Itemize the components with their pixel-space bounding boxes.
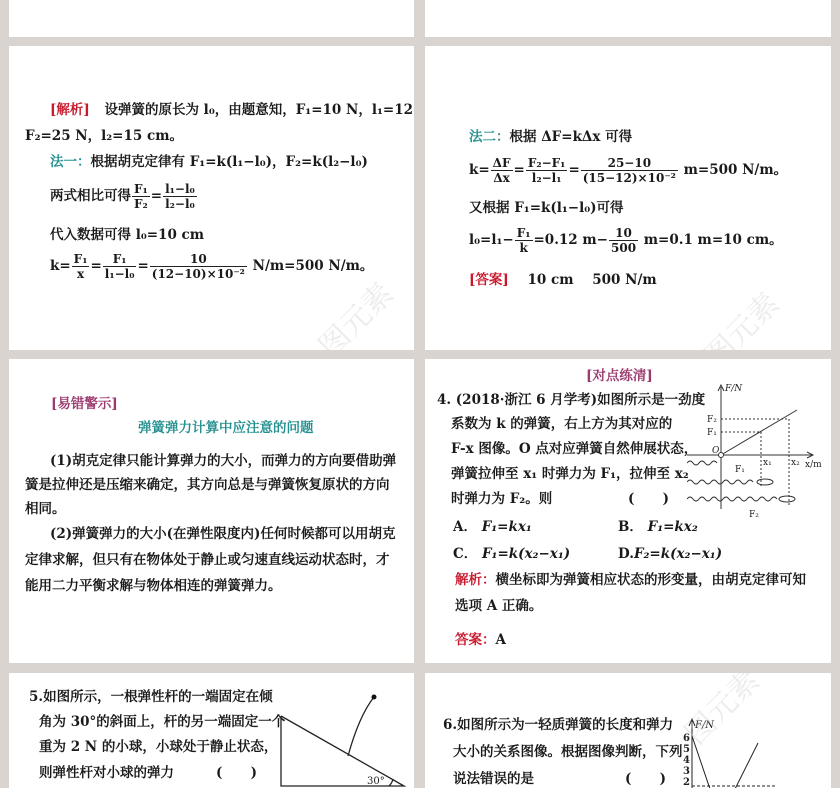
analysis-label: 解析： [455,572,496,588]
q4-line: 弹簧拉伸至 x₁ 时弹力为 F₁，拉伸至 x₂ [451,465,689,483]
svg-text:2: 2 [683,777,690,788]
svg-text:x₁: x₁ [763,458,772,468]
answer-value: A [496,632,506,648]
svg-text:F₁: F₁ [735,465,745,475]
q4-line: 时弹力为 F₂。则 [451,490,552,508]
warning-p2-line: (2)弹簧弹力的大小(在弹性限度内)任何时候都可以用胡克 [50,525,395,543]
q6-line: 6.如图所示为一轻质弹簧的长度和弹力 [443,716,673,734]
spring-fx-graph: F/N F₂ F₁ O x₁ x₂ x/m F₁ F₂ [687,379,827,519]
svg-text:x/m: x/m [805,460,822,470]
option-a[interactable]: A． F₁=kx₁ [453,518,532,536]
slide-analysis-method2[interactable]: 法二：根据 ΔF=kΔx 可得 k=ΔFΔx=F₂−F₁l₂−l₁=25−10(… [425,46,831,350]
l0-equation: l₀=l₁−F₁k=0.12 m−10500 m=0.1 m=10 cm。 [469,224,783,256]
warning-p1-line: (1)胡克定律只能计算弹力的大小，而弹力的方向要借助弹 [50,452,396,470]
q5-line: 重为 2 N 的小球，小球处于静止状态， [39,738,277,756]
practice-tag: [对点练清] [586,367,653,385]
q6-line: 说法错误的是 [453,770,534,788]
q5-line: 则弹性杆对小球的弹力 [39,764,174,782]
analysis-tag: [解析] [50,102,90,118]
answer-tag: [答案] [469,272,509,288]
svg-text:x₂: x₂ [791,458,800,468]
slide-top-right [425,0,831,37]
slide-top-left [9,0,414,37]
k-equation: k=F₁x=F₁l₁−l₀=10(12−10)×10⁻² N/m=500 N/m… [50,250,373,282]
warning-p2-line: 定律求解，但只有在物体处于静止或匀速直线运动状态时，才 [25,551,390,569]
option-b[interactable]: B． F₁=kx₂ [618,518,698,536]
method1-text: 根据胡克定律有 F₁=k(l₁−l₀)，F₂=k(l₂−l₀) [91,154,368,170]
svg-text:3: 3 [683,766,690,777]
ratio-equation: 两式相比可得F₁F₂=l₁−l₀l₂−l₀ [50,181,198,211]
warning-p2-line: 能用二力平衡求解与物体相连的弹簧弹力。 [25,577,282,595]
svg-text:F₂: F₂ [707,415,717,425]
given-line-1: 设弹簧的原长为 l₀，由题意知，F₁=10 N，l₁=12 cm； [104,102,414,118]
q5-line: 5.如图所示，一根弹性杆的一端固定在倾 [29,688,273,706]
incline-rod-figure: 30° [279,688,414,788]
answer-blank: ( ) [628,490,669,508]
svg-text:4: 4 [683,755,690,766]
svg-text:F₂: F₂ [749,510,759,519]
slide-question-6[interactable]: 6.如图所示为一轻质弹簧的长度和弹力 大小的关系图像。根据图像判断，下列 说法错… [425,673,831,788]
q6-line: 大小的关系图像。根据图像判断，下列 [453,743,683,761]
answer-blank: ( ) [216,764,257,782]
option-c[interactable]: C． F₁=k(x₂−x₁) [453,545,570,563]
svg-text:F/N: F/N [694,720,715,731]
option-d[interactable]: D.F₂=k(x₂−x₁) [618,545,722,563]
warning-p1-line: 簧是拉伸还是压缩来确定，其方向总是与弹簧恢复原状的方向 [25,476,390,494]
method2-text: 根据 ΔF=kΔx 可得 [510,129,633,145]
answer-blank: ( ) [625,770,666,788]
watermark: 图元素 [693,281,788,350]
warning-p1-line: 相同。 [25,500,66,518]
q4-line: F-x 图像。O 点对应弹簧自然伸展状态， [451,440,697,458]
q5-line: 角为 30°的斜面上，杆的另一端固定一个 [39,713,285,731]
answer-text: 10 cm 500 N/m [527,272,656,288]
watermark: 图元素 [307,271,402,350]
q4-line: 系数为 k 的弹簧，右上方为其对应的 [451,415,672,433]
svg-text:O: O [712,446,720,456]
spring-length-force-graph: F/N 6 5 4 3 2 [680,717,780,788]
analysis-text: 横坐标即为弹簧相应状态的形变量，由胡克定律可知 [496,572,807,588]
again-line: 又根据 F₁=k(l₁−l₀)可得 [469,199,624,217]
slide-question-4[interactable]: [对点练清] 4. (2018·浙江 6 月学考)如图所示是一劲度 系数为 k … [425,359,831,663]
k-equation-2: k=ΔFΔx=F₂−F₁l₂−l₁=25−10(15−12)×10⁻² m=50… [469,154,787,186]
svg-text:6: 6 [683,733,690,744]
svg-text:F/N: F/N [724,384,743,394]
given-line-2: F₂=25 N，l₂=15 cm。 [25,127,183,145]
warning-title: 弹簧弹力计算中应注意的问题 [138,419,314,437]
q4-line: 4. (2018·浙江 6 月学考)如图所示是一劲度 [437,391,705,409]
svg-text:5: 5 [683,744,690,755]
substitute-line: 代入数据可得 l₀=10 cm [50,226,204,244]
slide-warning[interactable]: [易错警示] 弹簧弹力计算中应注意的问题 (1)胡克定律只能计算弹力的大小，而弹… [9,359,414,663]
answer-label: 答案： [455,632,496,648]
method2-label: 法二： [469,129,510,145]
svg-text:F₁: F₁ [707,428,717,438]
svg-text:30°: 30° [367,776,385,787]
analysis-text-2: 选项 A 正确。 [455,597,542,615]
method1-label: 法一： [50,154,91,170]
slide-analysis-method1[interactable]: [解析] 设弹簧的原长为 l₀，由题意知，F₁=10 N，l₁=12 cm； F… [9,46,414,350]
warning-tag: [易错警示] [51,395,118,413]
slide-question-5[interactable]: 5.如图所示，一根弹性杆的一端固定在倾 角为 30°的斜面上，杆的另一端固定一个… [9,673,414,788]
